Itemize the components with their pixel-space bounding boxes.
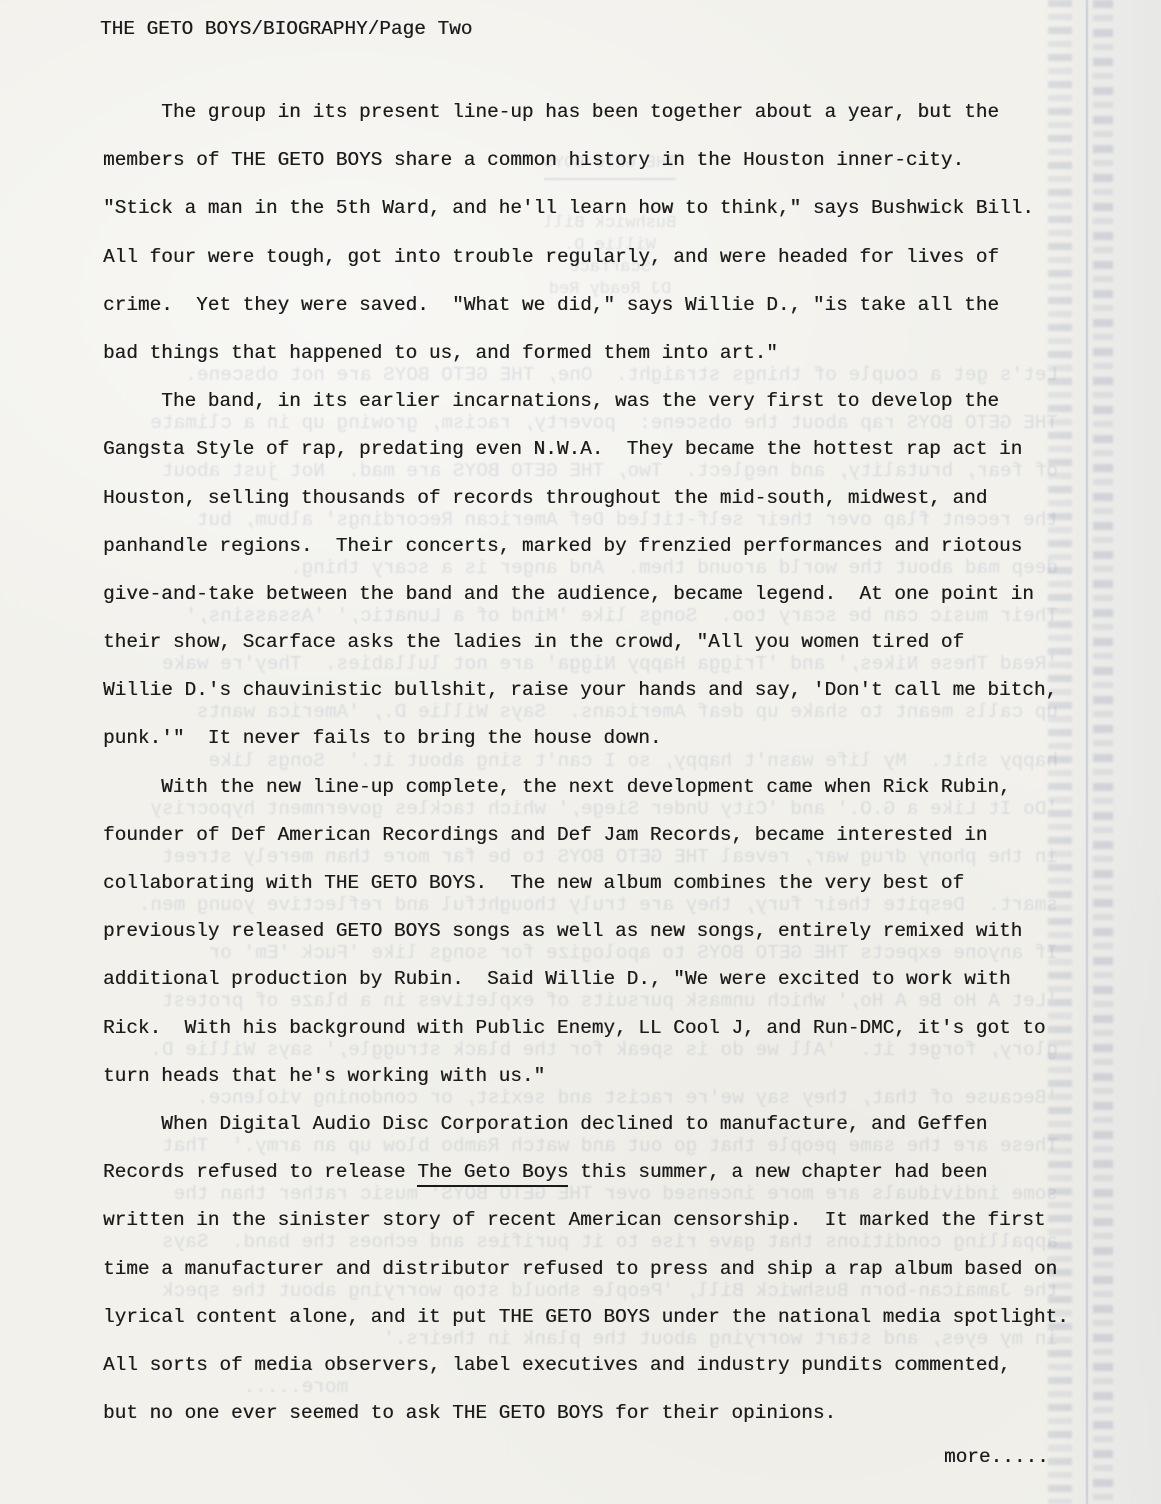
typed-line: With the new line-up complete, the next … [103, 763, 1069, 811]
typed-line: lyrical content alone, and it put THE GE… [103, 1293, 1069, 1341]
biography-body: The group in its present line-up has bee… [103, 88, 1069, 1437]
underlined-album-title: The Geto Boys [417, 1161, 568, 1187]
typed-line: Rick. With his background with Public En… [103, 1004, 1069, 1052]
typed-line: When Digital Audio Disc Corporation decl… [103, 1100, 1069, 1148]
typed-line-segment: Records refused to release [103, 1161, 417, 1183]
more-indicator: more..... [944, 1446, 1049, 1468]
typed-line: The group in its present line-up has bee… [103, 88, 1069, 136]
typed-line: Houston, selling thousands of records th… [103, 474, 1069, 522]
typed-line: Gangsta Style of rap, predating even N.W… [103, 425, 1069, 473]
typed-line: members of THE GETO BOYS share a common … [103, 136, 1069, 184]
typed-line: their show, Scarface asks the ladies in … [103, 618, 1069, 666]
typed-line: Records refused to release The Geto Boys… [103, 1148, 1069, 1196]
page-edge-line [1086, 0, 1088, 1504]
typed-line: previously released GETO BOYS songs as w… [103, 907, 1069, 955]
typed-line: crime. Yet they were saved. "What we did… [103, 281, 1069, 329]
typed-line: punk.'" It never fails to bring the hous… [103, 714, 1069, 762]
page-header: THE GETO BOYS/BIOGRAPHY/Page Two [100, 18, 472, 40]
typed-line: All sorts of media observers, label exec… [103, 1341, 1069, 1389]
typed-line: "Stick a man in the 5th Ward, and he'll … [103, 184, 1069, 232]
typed-line: Willie D.'s chauvinistic bullshit, raise… [103, 666, 1069, 714]
typed-line: panhandle regions. Their concerts, marke… [103, 522, 1069, 570]
typed-line: give-and-take between the band and the a… [103, 570, 1069, 618]
typed-line: additional production by Rubin. Said Wil… [103, 955, 1069, 1003]
typed-line: written in the sinister story of recent … [103, 1196, 1069, 1244]
scanned-biography-page: THE GETO BOYS Bushwick BillWillie D.Scar… [0, 0, 1161, 1504]
typed-line: collaborating with THE GETO BOYS. The ne… [103, 859, 1069, 907]
edge-vertical-bleed-text-strip-2 [1093, 0, 1113, 1504]
typed-line-segment: this summer, a new chapter had been [568, 1161, 987, 1183]
typed-line: founder of Def American Recordings and D… [103, 811, 1069, 859]
typed-line: time a manufacturer and distributor refu… [103, 1245, 1069, 1293]
typed-line: turn heads that he's working with us." [103, 1052, 1069, 1100]
typed-line: bad things that happened to us, and form… [103, 329, 1069, 377]
typed-line: The band, in its earlier incarnations, w… [103, 377, 1069, 425]
typed-line: but no one ever seemed to ask THE GETO B… [103, 1389, 1069, 1437]
typed-line: All four were tough, got into trouble re… [103, 233, 1069, 281]
